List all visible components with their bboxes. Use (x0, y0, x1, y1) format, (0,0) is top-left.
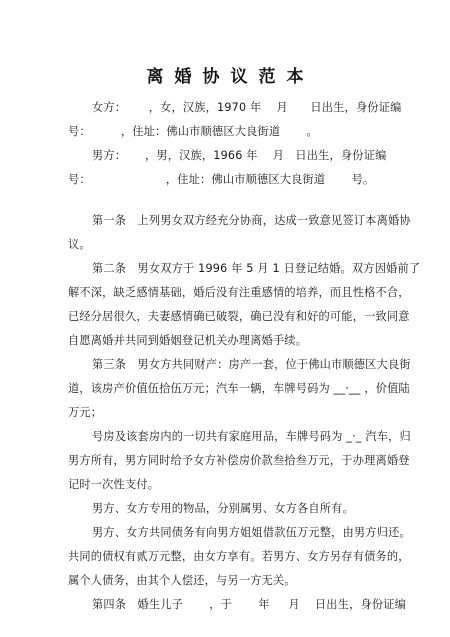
paragraph-line: 万元； (68, 405, 388, 421)
paragraph-line: 已经分居很久，夫妻感情确已破裂，确已没有和好的可能，一致同意 (68, 309, 388, 325)
paragraph-line: 第四条 婚生儿子 ，于 年 月 日出生，身份证编 (92, 597, 388, 613)
paragraph-line: 男方、女方专用的物品，分别属男、女方各自所有。 (92, 501, 388, 517)
document-title: 离婚协议范本 (0, 62, 450, 87)
paragraph-line: 男方所有，男方同时给予女方补偿房价款叁拾叁万元，于办理离婚登 (68, 453, 388, 469)
paragraph-line: 男方： ，男，汉族，1966 年 月 日出生，身份证编 (92, 148, 388, 164)
paragraph-line: 第二条 男女双方于 1996 年 5 月 1 日登记结婚。双方因婚前了 (92, 261, 388, 277)
paragraph-line: 号： ，住址：佛山市顺德区大良街道 。 (68, 124, 388, 140)
paragraph-line: 第三条 男女方共同财产：房产一套，位于佛山市顺德区大良街 (92, 357, 388, 373)
paragraph-line: 道，该房产价值伍拾伍万元；汽车一辆，车牌号码为 __·__ ，价值陆 (68, 381, 388, 397)
paragraph-line: 女方： ，女，汉族，1970 年 月 日出生，身份证编 (92, 100, 388, 116)
paragraph-line: 号： ，住址：佛山市顺德区大良街道 号。 (68, 172, 388, 188)
paragraph-line: 记时一次性支付。 (68, 477, 388, 493)
paragraph-line: 解不深，缺乏感情基础，婚后没有注重感情的培养，而且性格不合， (68, 285, 388, 301)
paragraph-line: 共同的债权有贰万元整，由女方享有。若男方、女方另存有债务的， (68, 549, 388, 565)
paragraph-line: 男方、女方共同债务有向男方姐姐借款伍万元整，由男方归还。 (92, 525, 388, 541)
paragraph-line: 属个人债务，由其个人偿还，与另一方无关。 (68, 573, 388, 589)
paragraph-line: 第一条 上列男女双方经充分协商，达成一致意见签订本离婚协 (92, 213, 388, 229)
paragraph-line: 号房及该套房内的一切共有家庭用品，车牌号码为 _·_ 汽车，归 (92, 429, 388, 445)
paragraph-line: 自愿离婚并共同到婚姻登记机关办理离婚手续。 (68, 333, 388, 349)
paragraph-line: 议。 (68, 237, 388, 253)
